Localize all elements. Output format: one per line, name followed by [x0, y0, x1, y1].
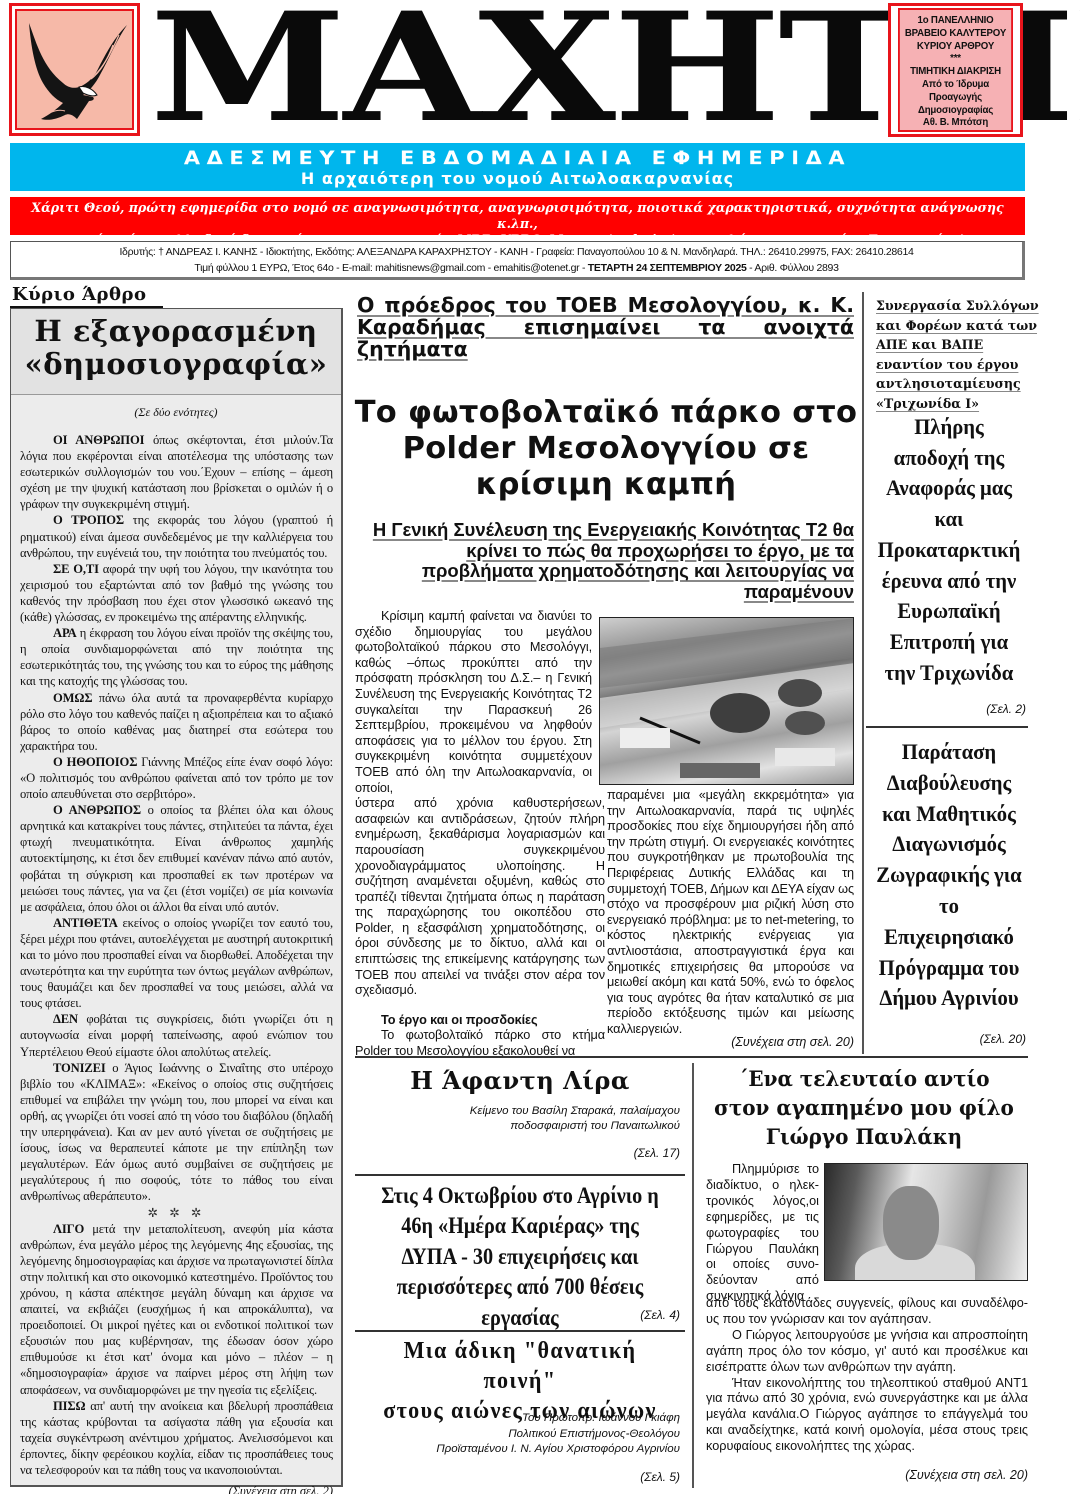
award-line: Δημοσιογραφίας: [900, 104, 1011, 117]
lead-kicker: Ο πρόεδρος του ΤΟΕΒ Μεσολογγίου, κ. Κ. Κ…: [357, 294, 854, 360]
eagle-icon: [23, 15, 131, 131]
right-kicker-line: εναντίον του έργου: [876, 355, 1026, 375]
obituary-paragraph: Ο Γιώργος λειτουργούσε με γνήσια και απρ…: [706, 1328, 1028, 1376]
claim-line-1: Χάριτι Θεού, πρώτη εφημερίδα στο νομό σε…: [10, 200, 1025, 232]
lead-word: Ο ΤΡΟΠΟΣ: [53, 513, 124, 527]
publisher-info: Ιδρυτής: † ΑΝΔΡΕΑΣ Ι. ΚΑΝΗΣ - Ιδιοκτήτης…: [11, 244, 1022, 260]
editorial-paragraph: Ο ΑΝΘΡΩΠΟΣ ο οποίος τα βλέπει όλα και όλ…: [20, 802, 333, 915]
award-text: 1ο ΠΑΝΕΛΛΗΝΙΟ ΒΡΑΒΕΙΟ ΚΑΛΥΤΕΡΟΥ ΚΥΡΙΟΥ Α…: [898, 8, 1013, 132]
issue-info: Τιμή φύλλου 1 ΕΥΡΩ, Έτος 64ο - E-mail: m…: [11, 260, 1022, 276]
editorial-paragraph: ΛΙΓΟ μετά την μεταπολίτευση, ανεφύη μία …: [20, 1221, 333, 1398]
award-line: Αθ. Β. Μπότση: [900, 116, 1011, 129]
right-divider: [866, 726, 1028, 728]
award-line: ΤΙΜΗΤΙΚΗ ΔΙΑΚΡΙΣΗ: [900, 65, 1011, 78]
lira-headline[interactable]: Η Άφαντη Λίρα: [355, 1066, 685, 1096]
logo-frame: [9, 3, 140, 136]
paragraph-text: ο οποίος τα βλέπει όλα και όλους αρνητικ…: [20, 803, 333, 914]
lead-word: ΔΕΝ: [53, 1012, 78, 1026]
lead-body-sub: Το φωτοβολταϊκό πάρκο στο κτήμα Polder τ…: [355, 1028, 605, 1059]
agrinio-page-ref: (Σελ. 20): [950, 1032, 1026, 1046]
agrinio-consultation-headline[interactable]: Παράταση Διαβούλευσης και Μαθητικός Διαγ…: [874, 737, 1023, 1014]
bottom-divider: [355, 1174, 685, 1176]
publication-info-bar: Ιδρυτής: † ΑΝΔΡΕΑΣ Ι. ΚΑΝΗΣ - Ιδιοκτήτης…: [10, 241, 1025, 280]
lead-word: ΑΡΑ: [53, 626, 77, 640]
lead-kicker-text: Ο πρόεδρος του ΤΟΕΒ Μεσολογγίου, κ. Κ. Κ…: [357, 293, 854, 361]
obituary-paragraph: Ήταν εικονολήπτης του τηλεοπτικού σταθμο…: [706, 1376, 1028, 1456]
lead-subhead: Το έργο και οι προσδοκίες: [355, 1013, 605, 1029]
bottom-divider: [355, 1330, 685, 1332]
lead-word: ΣΕ Ο,ΤΙ: [53, 562, 99, 576]
lead-word: ΟΙ ΑΝΘΡΩΠΟΙ: [53, 433, 144, 447]
section-label-editorial: Κύριο Άρθρο: [10, 284, 163, 308]
issue-number: - Αριθ. Φύλλου 2893: [747, 262, 839, 274]
issue-date: ΤΕΤΑΡΤΗ 24 ΣΕΠΤΕΜΒΡΙΟΥ 2025: [588, 262, 747, 274]
logo-background: [15, 9, 134, 130]
editorial-paragraph: ΠΙΣΩ απ' αυτή την ανοίκεια και βδελυρή π…: [20, 1398, 333, 1478]
editorial-paragraph: ΑΝΤΙΘΕΤΑ εκείνος ο οποίος γνωρίζει τον ε…: [20, 915, 333, 1012]
trichonida-headline[interactable]: Πλήρης αποδοχή της Αναφοράς μας και Προκ…: [874, 412, 1023, 688]
lead-deck: Η Γενική Συνέλευση της Ενεργειακής Κοινό…: [360, 520, 854, 602]
byline-line: ποδοσφαιριστή του Παναιτωλικού: [355, 1119, 680, 1134]
headline-line: Μια άδικη "θανατική ποινή": [368, 1336, 672, 1396]
lead-word: ΟΜΩΣ: [53, 691, 92, 705]
editorial-paragraph: ΣΕ Ο,ΤΙ αφορά την υφή του λόγου, την ικα…: [20, 561, 333, 625]
right-kicker: Συνεργασία Συλλόγων και Φορέων κατά των …: [876, 296, 1026, 414]
editorial-subtitle: (Σε δύο ενότητες): [11, 405, 341, 420]
lead-word: ΠΙΣΩ: [53, 1399, 85, 1413]
section-divider: [355, 1056, 1028, 1058]
obituary-paragraph: από τους εκατοντάδες συγγενείς, φίλους κ…: [706, 1296, 1028, 1328]
award-line: 1ο ΠΑΝΕΛΛΗΝΙΟ: [900, 14, 1011, 27]
editorial-paragraph: ΟΜΩΣ πάνω όλα αυτά τα προναφερθέντα κυρί…: [20, 690, 333, 754]
paragraph-text: ο Άγιος Ιωάννης ο Σιναΐτης στο υπέροχο β…: [20, 1061, 333, 1204]
editorial-paragraph: ΑΡΑ η έκφραση του λόγου είναι προϊόν της…: [20, 625, 333, 689]
award-line: Προαγωγής: [900, 91, 1011, 104]
face-icon: [883, 1186, 939, 1260]
award-line: Από το Ίδρυμα: [900, 78, 1011, 91]
lead-body-wrap: Κρίσιμη καμπή φαίνεται να διανύει το σχέ…: [355, 609, 592, 796]
byline-line: Προϊσταμένου Ι. Ν. Αγίου Χριστοφόρου Αγρ…: [355, 1442, 680, 1458]
column-divider: [862, 292, 864, 1054]
obituary-wrap-text: Πλημμύρισε το διαδίκτυο, ο ηλεκ-τρονικός…: [706, 1162, 819, 1305]
lead-headline[interactable]: Το φωτοβολταϊκό πάρκο στο Polder Μεσολογ…: [352, 395, 860, 503]
lira-byline: Κείμενο του Βασίλη Σταρακά, παλαίμαχου π…: [355, 1104, 680, 1134]
price-email-info: Τιμή φύλλου 1 ΕΥΡΩ, Έτος 64ο - E-mail: m…: [194, 262, 587, 274]
tagline-band: ΑΔΕΣΜΕΥΤΗ ΕΒΔΟΜΑΔΙΑΙΑ ΕΦΗΜΕΡΙΔΑ Η αρχαιό…: [10, 143, 1025, 191]
lead-body-full: ύστερα από χρόνια καθυστερήσεων, ασαφειώ…: [355, 796, 605, 999]
right-kicker-line: και Φορέων κατά των: [876, 316, 1026, 336]
editorial-box: Η εξαγορασμένη «δημοσιογραφία» (Σε δύο ε…: [10, 308, 343, 1487]
lead-word: ΤΟΝΙΖΕΙ: [53, 1061, 106, 1075]
editorial-title-line: «δημοσιογραφία»: [11, 348, 341, 381]
lead-word: ΑΝΤΙΘΕΤΑ: [53, 916, 118, 930]
subtagline: Η αρχαιότερη του νομού Αιτωλοακαρνανίας: [10, 169, 1025, 189]
right-kicker-line: Συνεργασία Συλλόγων: [876, 296, 1026, 316]
award-line: ***: [900, 52, 1011, 65]
obituary-photo: [824, 1163, 1028, 1281]
lead-word: Ο ΗΘΟΠΟΙΟΣ: [53, 755, 137, 769]
newspaper-title: ΜΑΧΗΤΗΣ: [150, 0, 1011, 142]
obituary-paragraph: Πλημμύρισε το διαδίκτυο, ο ηλεκ-τρονικός…: [706, 1162, 819, 1305]
lead-word: ΛΙΓΟ: [53, 1222, 84, 1236]
byline-line: Κείμενο του Βασίλη Σταρακά, παλαίμαχου: [355, 1104, 680, 1119]
editorial-paragraph: ΔΕΝ φοβάται τις συγκρίσεις, διότι γνωρίζ…: [20, 1011, 333, 1059]
editorial-title-line: Η εξαγορασμένη: [11, 315, 341, 348]
editorial-paragraph: ΤΟΝΙΖΕΙ ο Άγιος Ιωάννης ο Σιναΐτης στο υ…: [20, 1060, 333, 1205]
obituary-body: από τους εκατοντάδες συγγενείς, φίλους κ…: [706, 1296, 1028, 1455]
right-kicker-line: αντλησιοταμίευσης: [876, 374, 1026, 394]
trichonida-page-ref: (Σελ. 2): [960, 702, 1026, 716]
byline-line: Πολιτικού Επιστήμονος-Θεολόγου: [355, 1427, 680, 1443]
lead-body-col2: παραμένει μια «μεγάλη εκκρεμότητα» για τ…: [607, 788, 854, 1038]
editorial-continued-link[interactable]: (Συνέχεια στη σελ. 2): [11, 1484, 341, 1494]
obituary-headline[interactable]: ΄Ενα τελευταίο αντίο στον αγαπημένο μου …: [708, 1064, 1020, 1151]
award-line: ΒΡΑΒΕΙΟ ΚΑΛΥΤΕΡΟΥ: [900, 27, 1011, 40]
byline-line: Του Πρωτοπρ. Ιωάννου Γκιάφη: [355, 1411, 680, 1427]
paragraph-text: μετά την μεταπολίτευση, ανεφύη μία κάστα…: [20, 1222, 333, 1397]
obituary-continued-link[interactable]: (Συνέχεια στη σελ. 20): [860, 1468, 1028, 1482]
lira-page-ref: (Σελ. 17): [600, 1146, 680, 1160]
editorial-paragraph: ΟΙ ΑΝΘΡΩΠΟΙ όπως σκέφτονται, έτσι μιλούν…: [20, 432, 333, 512]
award-line: ΚΥΡΙΟΥ ΑΡΘΡΟΥ: [900, 40, 1011, 53]
tagline: ΑΔΕΣΜΕΥΤΗ ΕΒΔΟΜΑΔΙΑΙΑ ΕΦΗΜΕΡΙΔΑ: [0, 143, 1076, 169]
editorial-title[interactable]: Η εξαγορασμένη «δημοσιογραφία»: [11, 309, 341, 395]
claim-band: Χάριτι Θεού, πρώτη εφημερίδα στο νομό σε…: [10, 197, 1025, 235]
death-penalty-byline: Του Πρωτοπρ. Ιωάννου Γκιάφη Πολιτικού Επ…: [355, 1411, 680, 1458]
award-box: 1ο ΠΑΝΕΛΛΗΝΙΟ ΒΡΑΒΕΙΟ ΚΑΛΥΤΕΡΟΥ ΚΥΡΙΟΥ Α…: [888, 3, 1023, 137]
lead-deck-text: Η Γενική Συνέλευση της Ενεργειακής Κοινό…: [373, 519, 854, 602]
editorial-paragraph: Ο ΤΡΟΠΟΣ της εκφοράς του λόγου (γραπτού …: [20, 512, 333, 560]
editorial-paragraph: Ο ΗΘΟΠΟΙΟΣ Γιάννης Μπέζος είπε έναν σοφό…: [20, 754, 333, 802]
editorial-body: ΟΙ ΑΝΘΡΩΠΟΙ όπως σκέφτονται, έτσι μιλούν…: [11, 420, 341, 1478]
death-penalty-page-ref: (Σελ. 5): [600, 1470, 680, 1484]
right-kicker-line: «Τριχωνίδα Ι»: [876, 394, 1026, 414]
lead-continued-link[interactable]: (Συνέχεια στη σελ. 20): [600, 1035, 854, 1049]
bottom-column-divider: [692, 1063, 694, 1488]
separator-stars-icon: ✲ ✲ ✲: [20, 1205, 333, 1221]
lead-word: Ο ΑΝΘΡΩΠΟΣ: [53, 803, 141, 817]
right-kicker-line: ΑΠΕ και ΒΑΠΕ: [876, 335, 1026, 355]
career-page-ref: (Σελ. 4): [600, 1308, 680, 1322]
